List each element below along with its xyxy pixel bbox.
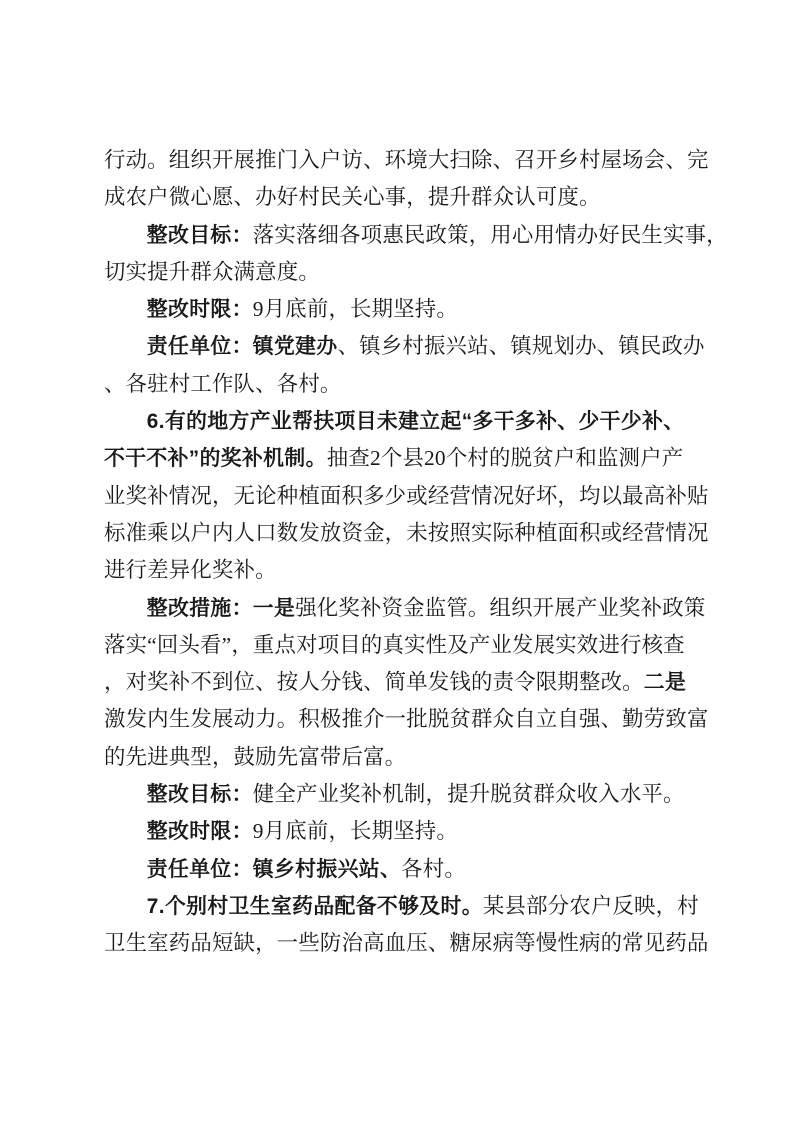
text-line: 切实提升群众满意度。 — [104, 254, 716, 291]
text-line: 整改目标：落实落细各项惠民政策，用心用情办好民生实事， — [104, 217, 716, 254]
text-line: 责任单位：镇党建办、镇乡村振兴站、镇规划办、镇民政办 — [104, 328, 716, 365]
text-run: 、各驻村工作队、各村。 — [104, 372, 342, 396]
text-run: 激发内生发展动力。积极推介一批脱贫群众自立自强、勤劳致富 — [104, 707, 709, 731]
text-line: 标准乘以户内人口数发放资金，未按照实际种植面积或经营情况 — [104, 515, 716, 552]
text-line: 卫生室药品短缺，一些防治高血压、糖尿病等慢性病的常见药品 — [104, 925, 716, 962]
text-line: 整改时限：9月底前，长期坚持。 — [104, 813, 716, 850]
text-run: 进行差异化奖补。 — [104, 558, 277, 582]
text-run: 的先进典型，鼓励先富带后富。 — [104, 745, 406, 769]
text-run: 标准乘以户内人口数发放资金，未按照实际种植面积或经营情况 — [104, 521, 709, 545]
text-run: ，对奖补不到位、按人分钱、简单发钱的责令限期整改。 — [104, 670, 644, 694]
bold-text-run: 7.个别村卫生室药品配备不够及时。 — [147, 895, 483, 918]
bold-text-run: 6.有的地方产业帮扶项目未建立起“多干多补、少干少补、 — [147, 410, 685, 433]
bold-text-run: 责任单位：镇乡村振兴站、 — [147, 858, 401, 881]
text-line: 进行差异化奖补。 — [104, 552, 716, 589]
text-run: 各村。 — [401, 857, 466, 881]
bold-text-run: 整改时限： — [147, 298, 253, 321]
text-line: 、各驻村工作队、各村。 — [104, 366, 716, 403]
text-line: ，对奖补不到位、按人分钱、简单发钱的责令限期整改。二是 — [104, 664, 716, 701]
text-line: 整改措施：一是强化奖补资金监管。组织开展产业奖补政策 — [104, 590, 716, 627]
text-line: 落实“回头看”，重点对项目的真实性及产业发展实效进行核查 — [104, 627, 716, 664]
bold-text-run: 二是 — [644, 671, 686, 694]
text-run: 成农户微心愿、办好村民关心事，提升群众认可度。 — [104, 185, 601, 209]
text-run: 9月底前，长期坚持。 — [253, 297, 458, 321]
bold-text-run: 整改目标： — [147, 224, 253, 247]
text-run: 强化奖补资金监管。组织开展产业奖补政策 — [295, 596, 705, 620]
text-line: 的先进典型，鼓励先富带后富。 — [104, 739, 716, 776]
bold-text-run: 责任单位：镇党建办 — [147, 335, 338, 358]
text-line: 成农户微心愿、办好村民关心事，提升群众认可度。 — [104, 179, 716, 216]
text-run: 落实“回头看”，重点对项目的真实性及产业发展实效进行核查 — [104, 633, 685, 657]
text-run: 切实提升群众满意度。 — [104, 260, 320, 284]
text-run: 健全产业奖补机制，提升脱贫群众收入水平。 — [253, 782, 685, 806]
text-run: 卫生室药品短缺，一些防治高血压、糖尿病等慢性病的常见药品 — [104, 931, 709, 955]
text-run: 业奖补情况，无论种植面积多少或经营情况好坏，均以最高补贴 — [104, 484, 709, 508]
text-line: 7.个别村卫生室药品配备不够及时。某县部分农户反映，村 — [104, 888, 716, 925]
text-line: 激发内生发展动力。积极推介一批脱贫群众自立自强、勤劳致富 — [104, 701, 716, 738]
document-body: 行动。组织开展推门入户访、环境大扫除、召开乡村屋场会、完成农户微心愿、办好村民关… — [104, 142, 716, 963]
text-line: 整改目标：健全产业奖补机制，提升脱贫群众收入水平。 — [104, 776, 716, 813]
bold-text-run: 整改时限： — [147, 820, 253, 843]
text-line: 整改时限：9月底前，长期坚持。 — [104, 291, 716, 328]
bold-text-run: 整改目标： — [147, 783, 253, 806]
bold-text-run: 不干不补”的奖补机制。 — [104, 447, 327, 470]
text-run: 9月底前，长期坚持。 — [253, 819, 458, 843]
text-line: 行动。组织开展推门入户访、环境大扫除、召开乡村屋场会、完 — [104, 142, 716, 179]
text-line: 不干不补”的奖补机制。抽查2个县20个村的脱贫户和监测户产 — [104, 440, 716, 477]
bold-text-run: 整改措施：一是 — [147, 597, 295, 620]
text-run: 落实落细各项惠民政策，用心用情办好民生实事， — [253, 223, 728, 247]
text-run: 行动。组织开展推门入户访、环境大扫除、召开乡村屋场会、完 — [104, 148, 709, 172]
text-line: 6.有的地方产业帮扶项目未建立起“多干多补、少干少补、 — [104, 403, 716, 440]
text-line: 责任单位：镇乡村振兴站、各村。 — [104, 851, 716, 888]
document-page: 行动。组织开展推门入户访、环境大扫除、召开乡村屋场会、完成农户微心愿、办好村民关… — [0, 0, 793, 1122]
text-run: 某县部分农户反映，村 — [483, 894, 699, 918]
text-run: 、镇乡村振兴站、镇规划办、镇民政办 — [338, 334, 705, 358]
text-line: 业奖补情况，无论种植面积多少或经营情况好坏，均以最高补贴 — [104, 478, 716, 515]
text-run: 抽查2个县20个村的脱贫户和监测户产 — [327, 446, 684, 470]
